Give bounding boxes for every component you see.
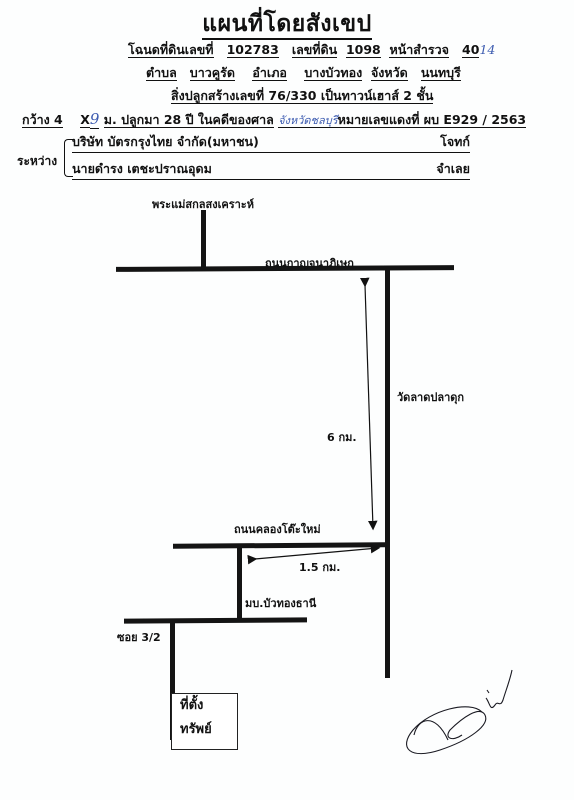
label-wat: วัดลาดปลาดุก bbox=[397, 388, 464, 406]
property-label-line2: ทรัพย์ bbox=[180, 718, 237, 742]
label-soi: ซอย 3/2 bbox=[117, 628, 161, 646]
arrow-6km-icon bbox=[365, 285, 373, 528]
distance-arrows bbox=[0, 0, 574, 800]
property-label-line1: ที่ตั้ง bbox=[180, 694, 237, 718]
label-distance-1-5km: 1.5 กม. bbox=[299, 558, 340, 576]
label-road-kanchanaphisek: ถนนกาญจนาภิเษก bbox=[265, 254, 354, 272]
property-location-box: ที่ตั้ง ทรัพย์ bbox=[171, 693, 238, 750]
signature-icon bbox=[407, 670, 512, 754]
label-distance-6km: 6 กม. bbox=[327, 428, 357, 446]
label-hospital: พระแม่สกลสงเคราะห์ bbox=[152, 195, 254, 213]
label-village: มบ.บัวทองธานี bbox=[245, 594, 316, 612]
label-road-khlong-to-mai: ถนนคลองโต๊ะใหม่ bbox=[234, 520, 321, 538]
